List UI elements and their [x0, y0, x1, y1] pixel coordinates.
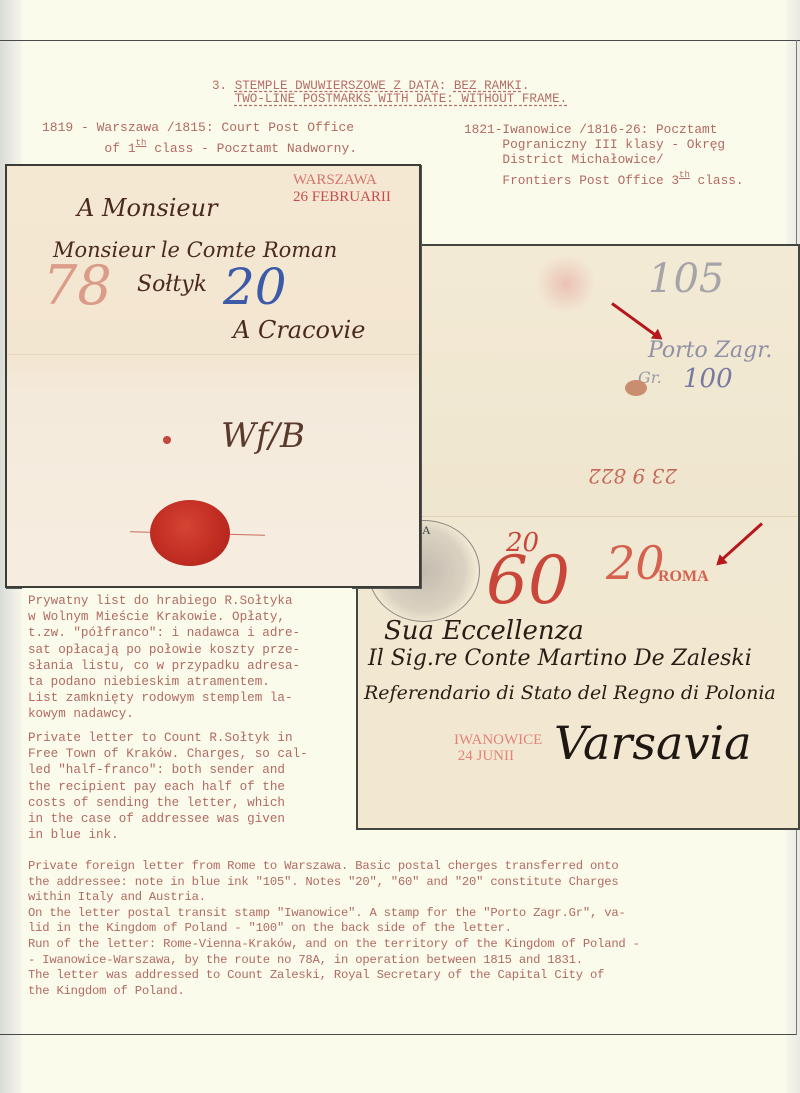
iwanowice-postmark: IWANOWICE 24 JUNII	[454, 732, 542, 764]
frame-line-top	[0, 40, 800, 41]
text-line: costs of sending the letter, which	[28, 796, 285, 810]
description-polish: Prywatny list do hrabiego R.Sołtyka w Wo…	[28, 593, 300, 723]
address-line: Sołtyk	[137, 272, 207, 297]
caption-line: Pograniczny III klasy - Okręg	[502, 137, 725, 152]
text-line: List zamknięty rodowym stemplem la-	[28, 691, 293, 705]
frame-line-bottom	[0, 1034, 797, 1035]
address-destination: Varsavia	[554, 716, 752, 770]
caption-line: 1821-Iwanowice /1816-26: Pocztamt	[464, 122, 717, 137]
text-line: w Wolnym Mieście Krakowie. Opłaty,	[28, 610, 285, 624]
text-line: kowym nadawcy.	[28, 707, 134, 721]
text-line: the recipient pay each half of the	[28, 780, 285, 794]
text-line: t.zw. "półfranco": i nadawca i adre-	[28, 626, 300, 640]
faded-red-stamp	[536, 254, 596, 314]
heading-english: TWO-LINE POSTMARKS WITH DATE: WITHOUT FR…	[235, 92, 568, 106]
postmark-date: 24 JUNII	[458, 748, 514, 764]
text-line: słania listu, co w przypadku adresa-	[28, 659, 300, 673]
charge-note-60: 60	[486, 542, 570, 619]
ordinal-suffix: th	[679, 170, 690, 180]
caption-line: class.	[690, 173, 744, 188]
porto-zagr-stamp: Porto Zagr.	[648, 338, 772, 363]
description-rome-letter: Private foreign letter from Rome to Wars…	[28, 859, 640, 999]
letter-fold-line	[358, 516, 798, 517]
blue-note-105: 105	[648, 256, 724, 302]
text-line: led "half-franco": both sender and	[28, 763, 285, 777]
wax-seal	[150, 500, 230, 566]
back-handwritten-note: Wf/B	[221, 416, 305, 456]
text-line: Prywatny list do hrabiego R.Sołtyka	[28, 594, 293, 608]
page-heading: 3. STEMPLE DWUWIERSZOWE Z DATA: BEZ RAMK…	[212, 80, 567, 107]
description-english: Private letter to Count R.Sołtyk in Free…	[28, 730, 308, 843]
heading-polish: STEMPLE DWUWIERSZOWE Z DATA	[235, 79, 439, 93]
wax-drop	[163, 436, 171, 444]
blue-charge-note: 20	[223, 258, 287, 316]
text-line: - Iwanowice-Warszawa, by the route no 78…	[28, 953, 583, 967]
warszawa-postmark: WARSZAWA 26 FEBRUARII	[293, 172, 391, 206]
text-line: in the case of addressee was given	[28, 812, 285, 826]
arrow-to-porto-stamp	[611, 302, 660, 339]
address-line: A Monsieur	[77, 194, 218, 222]
text-line: the addressee: note in blue ink "105". N…	[28, 875, 618, 889]
text-line: sat opłacają po połowie koszty prze-	[28, 643, 300, 657]
heading-sep: :	[439, 79, 454, 93]
charge-note-20-second: 20	[606, 536, 665, 590]
caption-line: class - Pocztamt Nadworny.	[146, 141, 357, 156]
caption-line: Frontiers Post Office 3	[502, 173, 679, 188]
text-line: within Italy and Austria.	[28, 890, 206, 904]
arrow-to-rome-stamp	[718, 522, 763, 563]
heading-polish-b: BEZ RAMKI	[454, 79, 522, 93]
postmark-town: IWANOWICE	[454, 732, 542, 748]
postmark-date: 26 FEBRUARII	[293, 189, 391, 205]
postmark-town: WARSZAWA	[293, 172, 377, 188]
text-line: in blue ink.	[28, 828, 119, 842]
red-charge-note: 78	[43, 254, 112, 317]
ordinal-suffix: th	[136, 138, 147, 148]
date-note-upside-down: 23 9 822	[588, 464, 677, 488]
text-line: Free Town of Kraków. Charges, so cal-	[28, 747, 308, 761]
caption-line: 1819 - Warszawa /1815: Court Post Office	[42, 120, 354, 135]
letter-fold-line	[7, 354, 419, 355]
address-line: Il Sig.re Conte Martino De Zaleski	[368, 646, 752, 671]
caption-iwanowice: 1821-Iwanowice /1816-26: Pocztamt Pogran…	[464, 122, 744, 188]
text-line: Private foreign letter from Rome to Wars…	[28, 859, 618, 873]
caption-line: District Michałowice/	[502, 152, 663, 167]
text-line: Run of the letter: Rome-Vienna-Kraków, a…	[28, 937, 640, 951]
text-line: Private letter to Count R.Sołtyk in	[28, 731, 293, 745]
text-line: the Kingdom of Poland.	[28, 984, 185, 998]
text-line: On the letter postal transit stamp "Iwan…	[28, 906, 626, 920]
address-destination: A Cracovie	[233, 316, 365, 344]
address-line: Referendario di Stato del Regno di Polon…	[364, 682, 776, 704]
text-line: lid in the Kingdom of Poland - "100" on …	[28, 921, 512, 935]
section-number: 3.	[212, 79, 227, 93]
heading-end: .	[522, 79, 530, 93]
text-line: The letter was addressed to Count Zalesk…	[28, 968, 604, 982]
caption-warszawa: 1819 - Warszawa /1815: Court Post Office…	[42, 120, 357, 156]
text-line: ta podano niebieskim atramentem.	[28, 675, 270, 689]
caption-line: of 1	[104, 141, 135, 156]
porto-value-100: 100	[683, 364, 733, 394]
ink-stain	[625, 380, 647, 396]
rome-postmark: ROMA	[658, 568, 709, 586]
